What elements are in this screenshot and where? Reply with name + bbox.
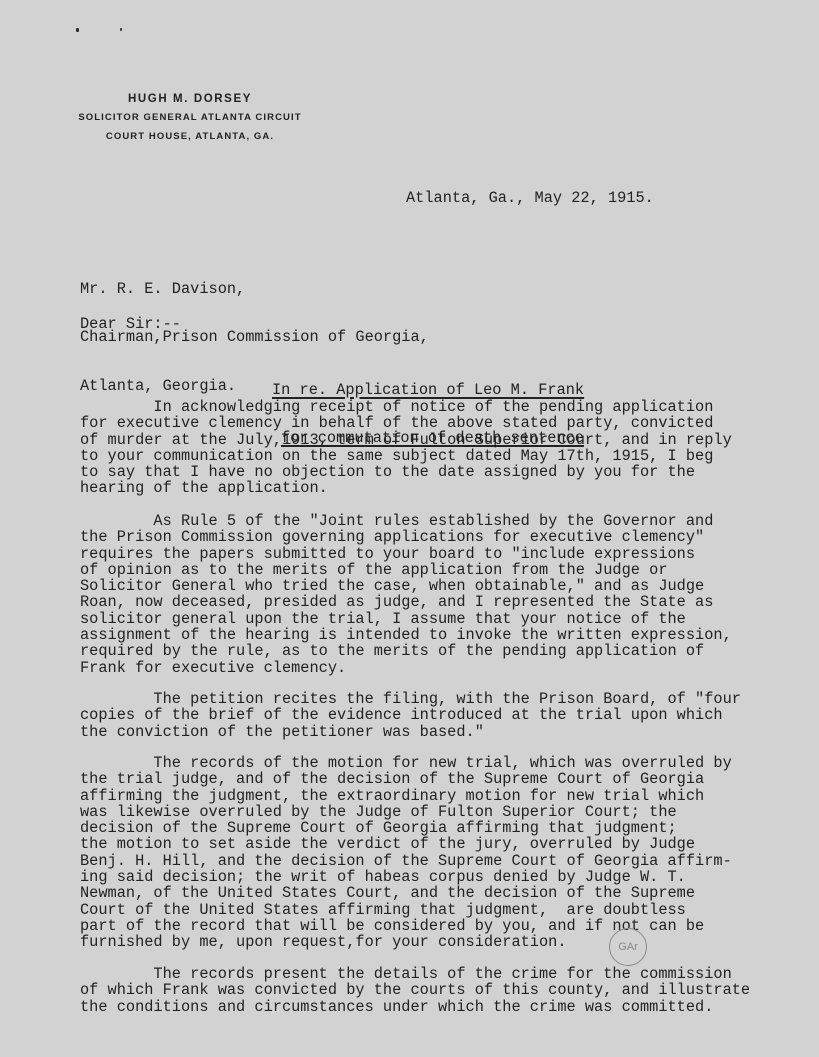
- paragraph-3: The petition recites the filing, with th…: [80, 691, 741, 740]
- letterhead-address: COURT HOUSE, ATLANTA, GA.: [60, 127, 320, 146]
- letter-page: HUGH M. DORSEY SOLICITOR GENERAL ATLANTA…: [0, 0, 819, 1057]
- letterhead: HUGH M. DORSEY SOLICITOR GENERAL ATLANTA…: [60, 90, 320, 146]
- subject-line-1: In re. Application of Leo M. Frank: [272, 382, 584, 398]
- paragraph-1: In acknowledging receipt of notice of th…: [80, 399, 732, 497]
- paragraph-4: The records of the motion for new trial,…: [80, 755, 732, 951]
- recipient-line-1: Mr. R. E. Davison,: [80, 281, 429, 297]
- salutation: Dear Sir:--: [80, 316, 181, 332]
- paper-speck: [120, 28, 122, 31]
- paper-speck: [76, 28, 79, 32]
- date-line: Atlanta, Ga., May 22, 1915.: [406, 190, 654, 206]
- letterhead-name: HUGH M. DORSEY: [60, 90, 320, 108]
- archive-stamp-text: GAr: [618, 941, 638, 953]
- paragraph-2: As Rule 5 of the "Joint rules establishe…: [80, 513, 732, 676]
- paragraph-5: The records present the details of the c…: [80, 966, 750, 1015]
- archive-stamp: GAr: [609, 928, 647, 966]
- letterhead-title: SOLICITOR GENERAL ATLANTA CIRCUIT: [60, 108, 320, 127]
